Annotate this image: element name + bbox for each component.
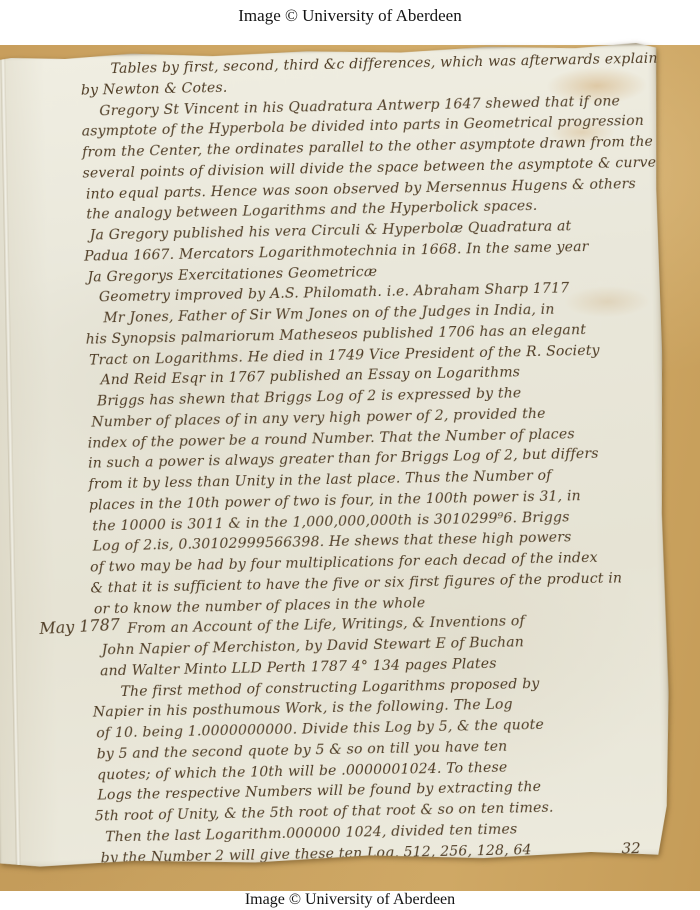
paper-crease (0, 55, 21, 867)
page-number: 32 (621, 839, 640, 857)
paper-sheet: Tables by first, second, third &c differ… (0, 43, 672, 868)
text-block: Tables by first, second, third &c differ… (80, 49, 673, 869)
footer-copyright: Image © University of Aberdeen (0, 891, 700, 910)
manuscript-page: Tables by first, second, third &c differ… (0, 43, 672, 868)
header-copyright: Image © University of Aberdeen (0, 0, 700, 45)
scanned-manuscript-view: Image © University of Aberdeen Tables by… (0, 0, 700, 910)
